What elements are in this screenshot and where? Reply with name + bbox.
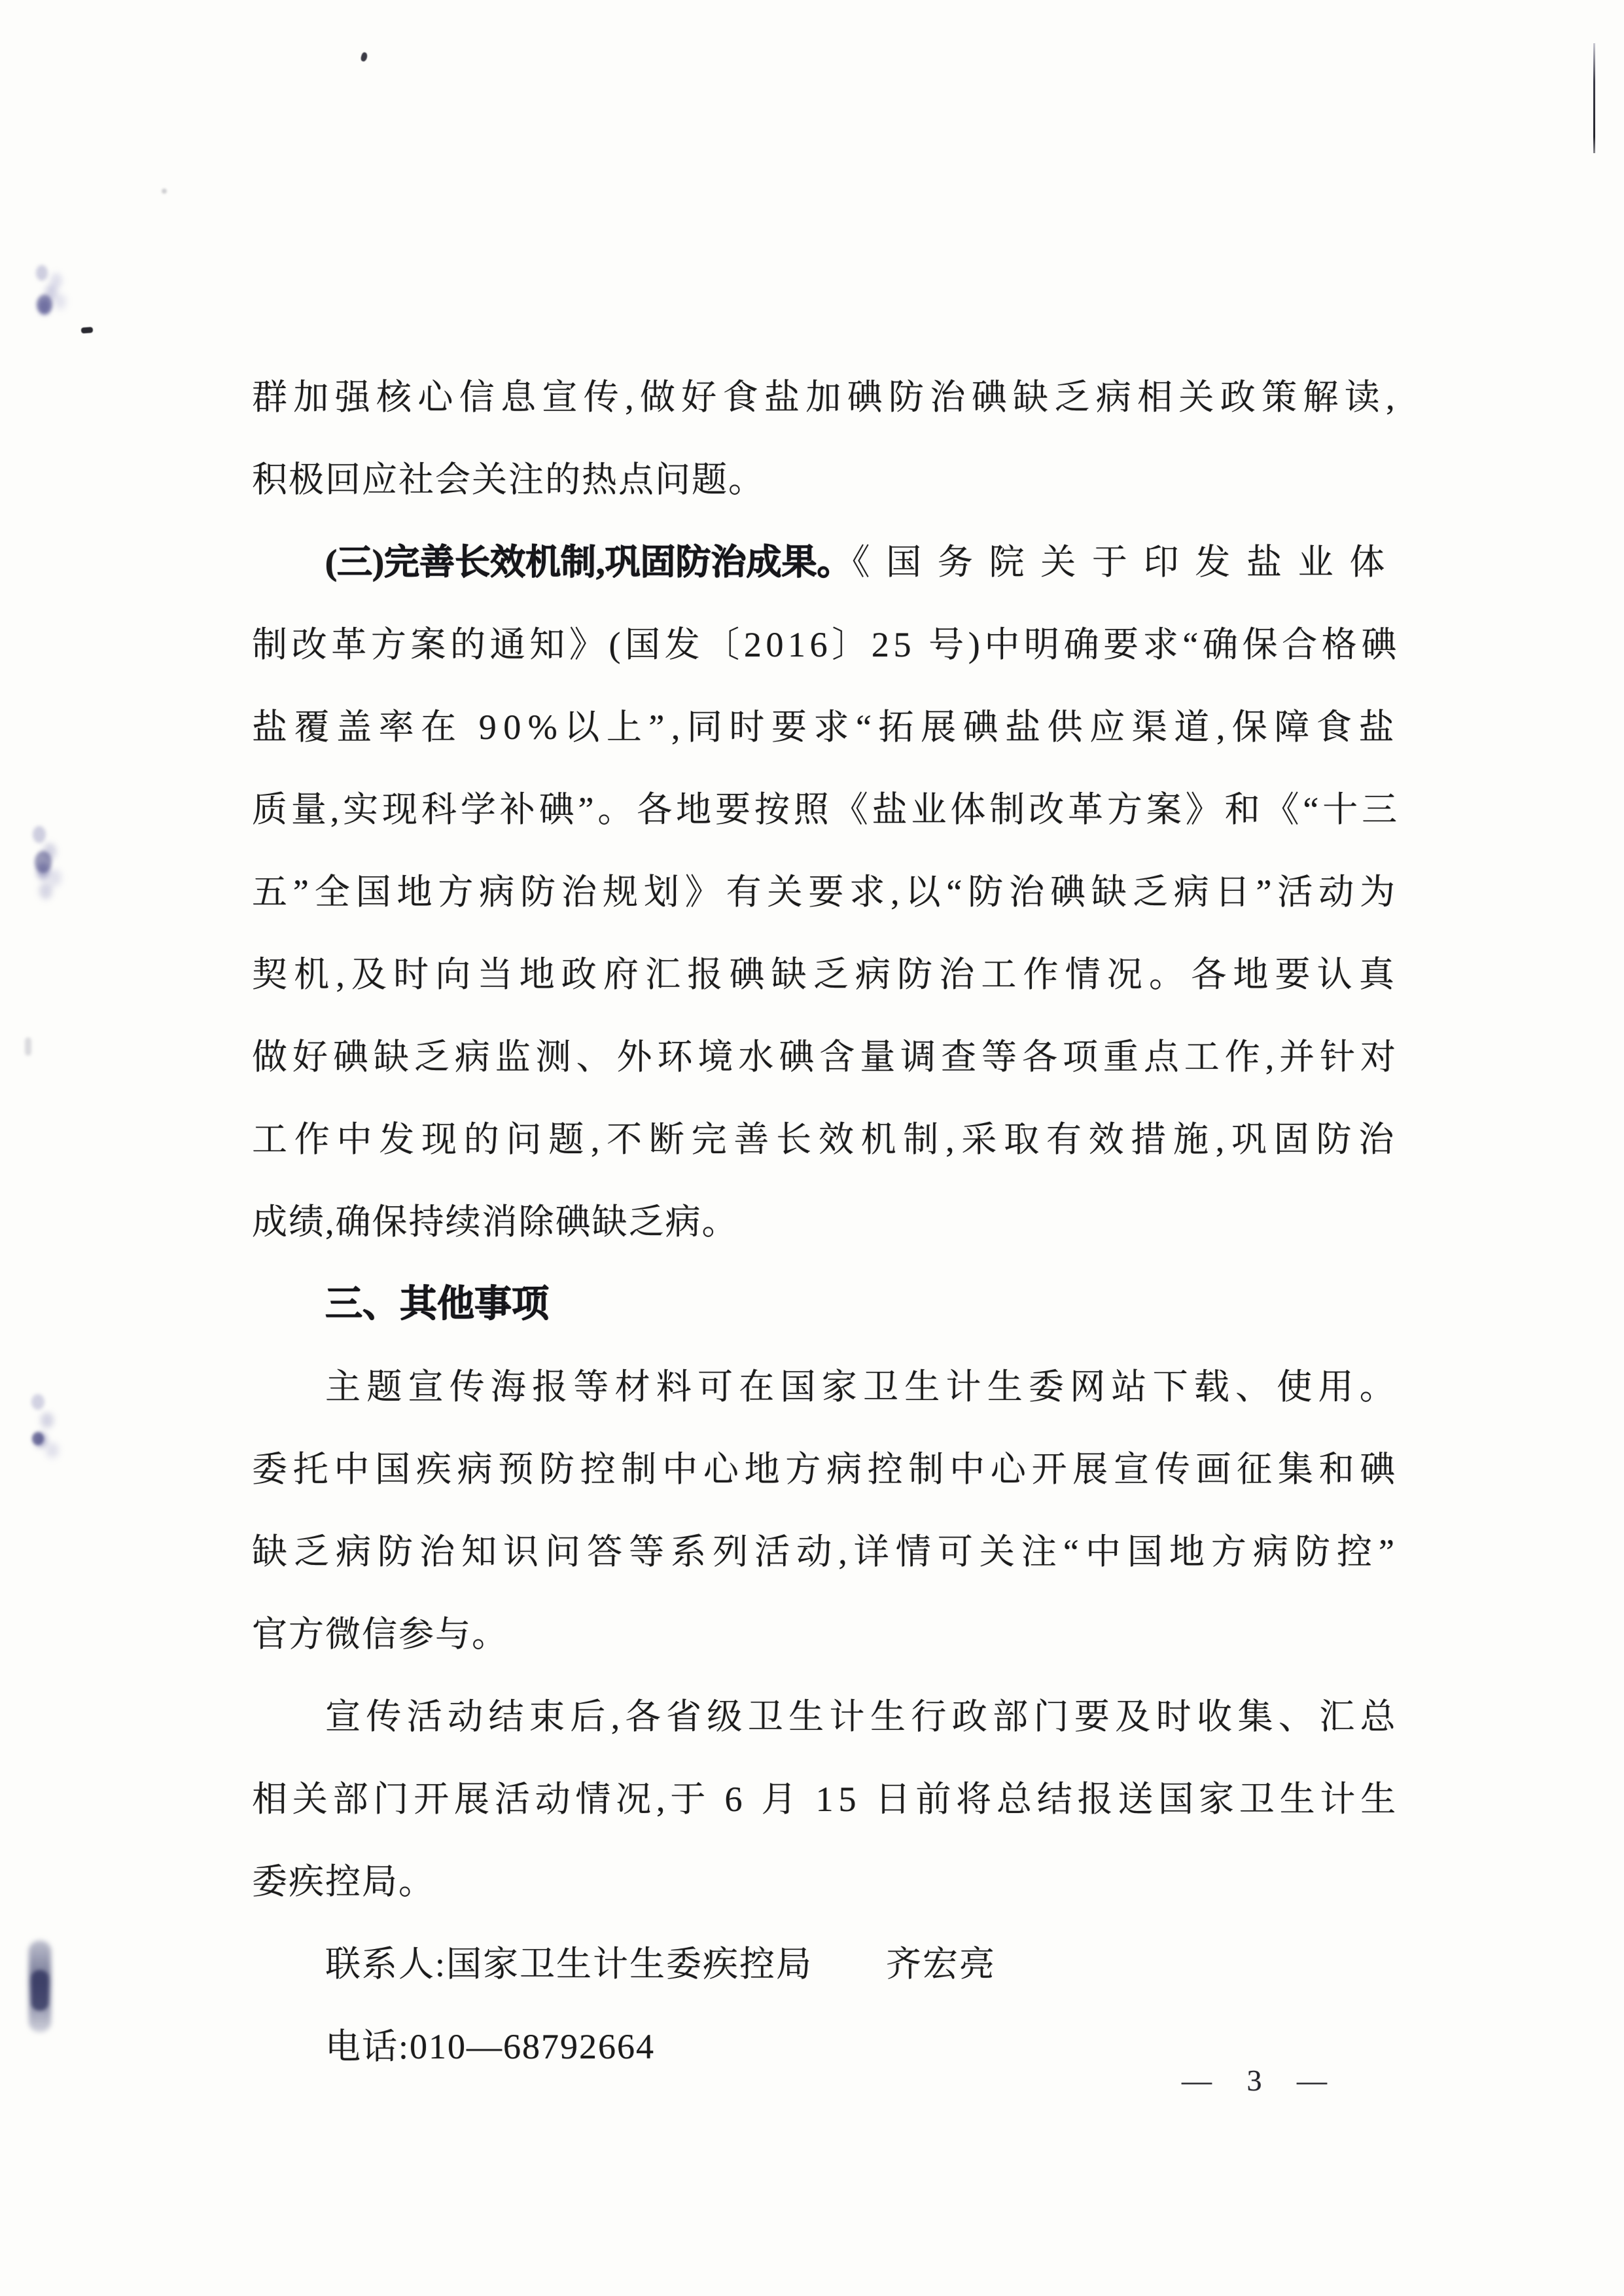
line-text: 契机,及时向当地政府汇报碘缺乏病防治工作情况。各地要认真 xyxy=(252,955,1401,994)
ink-speck-artifact xyxy=(360,52,368,62)
line-text: 委疾控局。 xyxy=(252,1862,435,1901)
line-text: 《国务院关于印发盐业体 xyxy=(852,543,1401,582)
line-text: 盐覆盖率在 90%以上”,同时要求“拓展碘盐供应渠道,保障食盐 xyxy=(252,708,1401,747)
line-text: 积极回应社会关注的热点问题。 xyxy=(252,460,765,499)
contact-person-line: 联系人:国家卫生计生委疾控局 齐宏亮 xyxy=(252,1923,1401,2005)
line-text: 联系人:国家卫生计生委疾控局 齐宏亮 xyxy=(325,1945,996,1984)
page-number: — 3 — xyxy=(1182,2063,1332,2098)
scan-line-artifact xyxy=(1593,43,1595,153)
text-line: 盐覆盖率在 90%以上”,同时要求“拓展碘盐供应渠道,保障食盐 xyxy=(252,686,1401,768)
line-text: 五”全国地方病防治规划》有关要求,以“防治碘缺乏病日”活动为 xyxy=(252,872,1401,912)
ink-blot-artifact xyxy=(29,1941,51,2032)
text-line: 契机,及时向当地政府汇报碘缺乏病防治工作情况。各地要认真 xyxy=(252,933,1401,1016)
line-text: 制改革方案的通知》(国发〔2016〕25 号)中明确要求“确保合格碘 xyxy=(252,625,1401,664)
line-text: 委托中国疾病预防控制中心地方病控制中心开展宣传画征集和碘 xyxy=(252,1450,1401,1489)
ink-smudge-artifact xyxy=(32,1432,44,1445)
ink-speck-artifact xyxy=(162,188,167,194)
text-line: 工作中发现的问题,不断完善长效机制,采取有效措施,巩固防治 xyxy=(252,1098,1401,1181)
text-line: 相关部门开展活动情况,于 6 月 15 日前将总结报送国家卫生计生 xyxy=(252,1758,1401,1840)
text-line: 质量,实现科学补碘”。各地要按照《盐业体制改革方案》和《“十三 xyxy=(252,768,1401,851)
text-line: 委托中国疾病预防控制中心地方病控制中心开展宣传画征集和碘 xyxy=(252,1428,1401,1511)
line-text: 宣传活动结束后,各省级卫生计生行政部门要及时收集、汇总 xyxy=(325,1697,1401,1736)
line-text: 相关部门开展活动情况,于 6 月 15 日前将总结报送国家卫生计生 xyxy=(252,1780,1401,1819)
line-text: 成绩,确保持续消除碘缺乏病。 xyxy=(252,1202,739,1242)
ink-smudge-artifact xyxy=(35,851,52,873)
text-line: 主题宣传海报等材料可在国家卫生计生委网站下载、使用。 xyxy=(252,1346,1401,1428)
section-heading: 三、其他事项 xyxy=(252,1263,1401,1346)
line-text: 群加强核心信息宣传,做好食盐加碘防治碘缺乏病相关政策解读, xyxy=(252,378,1401,417)
text-line: 五”全国地方病防治规划》有关要求,以“防治碘缺乏病日”活动为 xyxy=(252,851,1401,933)
text-line: 积极回应社会关注的热点问题。 xyxy=(252,439,1401,521)
text-line: 委疾控局。 xyxy=(252,1840,1401,1923)
line-text: 缺乏病防治知识问答等系列活动,详情可关注“中国地方病防控” xyxy=(252,1532,1401,1571)
text-line: 官方微信参与。 xyxy=(252,1593,1401,1676)
line-text: 质量,实现科学补碘”。各地要按照《盐业体制改革方案》和《“十三 xyxy=(252,790,1401,829)
text-line: 做好碘缺乏病监测、外环境水碘含量调查等各项重点工作,并针对 xyxy=(252,1016,1401,1098)
ink-speck-artifact xyxy=(25,1037,31,1056)
ink-smudge-artifact xyxy=(33,826,46,843)
document-body: 群加强核心信息宣传,做好食盐加碘防治碘缺乏病相关政策解读, 积极回应社会关注的热… xyxy=(252,356,1401,2088)
ink-blot-artifact xyxy=(31,1970,48,2011)
scanned-document-page: 群加强核心信息宣传,做好食盐加碘防治碘缺乏病相关政策解读, 积极回应社会关注的热… xyxy=(0,0,1624,2296)
text-line: 宣传活动结束后,各省级卫生计生行政部门要及时收集、汇总 xyxy=(252,1676,1401,1758)
line-text: 电话:010—68792664 xyxy=(325,2027,655,2066)
text-line section-3-heading-line: (三)完善长效机制,巩固防治成果。《国务院关于印发盐业体 xyxy=(252,521,1401,603)
line-text: 做好碘缺乏病监测、外环境水碘含量调查等各项重点工作,并针对 xyxy=(252,1037,1401,1077)
text-line: 制改革方案的通知》(国发〔2016〕25 号)中明确要求“确保合格碘 xyxy=(252,603,1401,686)
ink-smudge-artifact xyxy=(37,295,52,314)
ink-dash-artifact xyxy=(81,327,94,333)
section-heading-text: 三、其他事项 xyxy=(325,1283,549,1325)
line-text: 官方微信参与。 xyxy=(252,1615,508,1654)
ink-smudge-artifact xyxy=(36,265,48,281)
line-text: 工作中发现的问题,不断完善长效机制,采取有效措施,巩固防治 xyxy=(252,1120,1401,1159)
line-text: 主题宣传海报等材料可在国家卫生计生委网站下载、使用。 xyxy=(325,1367,1401,1407)
text-line: 缺乏病防治知识问答等系列活动,详情可关注“中国地方病防控” xyxy=(252,1511,1401,1593)
text-line: 成绩,确保持续消除碘缺乏病。 xyxy=(252,1181,1401,1263)
ink-smudge-artifact xyxy=(31,1394,44,1410)
section-3-lead: (三)完善长效机制,巩固防治成果。 xyxy=(325,543,852,582)
text-line: 群加强核心信息宣传,做好食盐加碘防治碘缺乏病相关政策解读, xyxy=(252,356,1401,439)
